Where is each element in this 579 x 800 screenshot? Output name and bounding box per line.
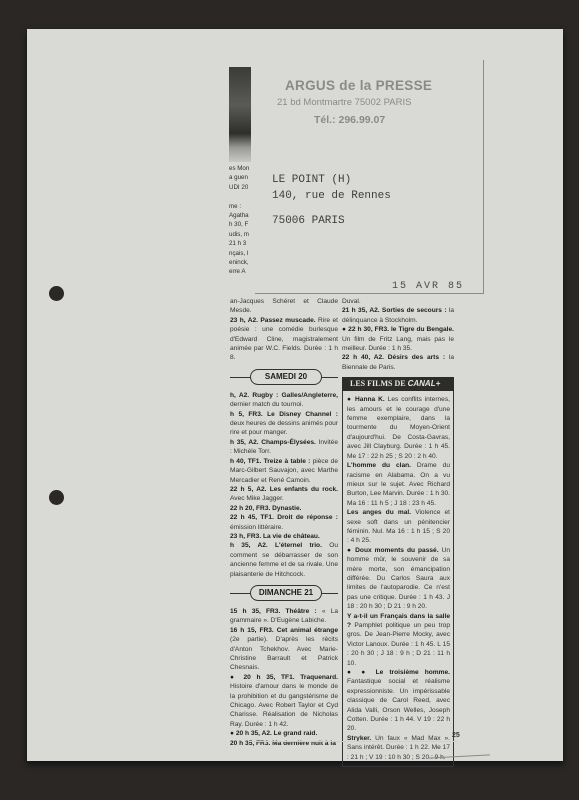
listing-entry-body: Un film de Fritz Lang, mais pas le meill… xyxy=(342,336,454,352)
listing-entry: h 35, A2. Champs-Élysées. Invitée : Mich… xyxy=(230,438,338,457)
listing-entry: 22 h 45, TF1. Droit de réponse : émissio… xyxy=(230,513,338,532)
listing-entry-body: Avec Mike Jagger. xyxy=(230,495,284,502)
listing-entry-body: émission littéraire. xyxy=(230,524,283,531)
listing-entry: 22 h 40, A2. Désirs des arts : la Bienna… xyxy=(342,353,454,372)
listing-entry: ● 20 h 35, A2. Le grand raid. xyxy=(230,729,338,738)
listing-entry: 23 h, A2. Passez muscade. Rire et poésie… xyxy=(230,316,338,363)
listing-entry-title: Les anges du mal. xyxy=(347,509,411,516)
listing-entry: h 5, FR3. Le Disney Channel : deux heure… xyxy=(230,410,338,438)
divider xyxy=(248,741,458,742)
listing-entry-body: Fantastique social et réalisme expressio… xyxy=(347,678,450,732)
stamp-date: 15 AVR 85 xyxy=(392,281,464,292)
recipient-city: 75006 PARIS xyxy=(272,215,345,227)
listing-entry-title: ● ● Le troisième homme. xyxy=(347,669,450,676)
listing-entry-title: 22 h 40, A2. Désirs des arts : xyxy=(342,354,445,361)
listing-entry-title: h 5, FR3. Le Disney Channel : xyxy=(230,411,338,418)
stamp-address: 21 bd Montmartre 75002 PARIS xyxy=(277,97,411,108)
listing-entry-title: ● Doux moments du passé. xyxy=(347,547,439,554)
tv-listing-right-column: Duval. 21 h 35, A2. Sorties de secours :… xyxy=(342,297,454,767)
punch-hole xyxy=(49,286,64,301)
listing-entry-title: ● 20 h 35, TF1. Traquenard. xyxy=(230,674,338,681)
listing-entry-title: 16 h 15, FR3. Cet animal étrange xyxy=(230,627,338,634)
listing-entry-title: L'homme du clan. xyxy=(347,462,411,469)
clipping-photo xyxy=(229,67,251,162)
day-heading-sunday: DIMANCHE 21 xyxy=(230,585,338,601)
listing-entry-body: (2e partie). D'après les récits d'Anton … xyxy=(230,636,338,671)
canal-plus-films-box: ● Hanna K. Les conflits internes, les am… xyxy=(342,391,454,767)
listing-entry-title: h 35, A2. L'éternel trio. xyxy=(230,542,322,549)
listing-entry-body: Histoire d'amour dans le monde de la pro… xyxy=(230,683,338,728)
fragment-line: h 30, F xyxy=(229,220,255,229)
listing-entry-title: 22 h 45, TF1. Droit de réponse : xyxy=(230,514,338,521)
listing-entry: h, A2. Rugby : Galles/Angleterre, dernie… xyxy=(230,391,338,410)
listing-entry-body: Pamphlet politique un peu trop gros. De … xyxy=(347,622,450,667)
listing-entry: h 40, TF1. Treize à table : pièce de Mar… xyxy=(230,457,338,485)
punch-hole xyxy=(49,490,64,505)
listing-entry-title: 22 h 5, A2. Les enfants du rock. xyxy=(230,486,338,493)
recipient-name: LE POINT (H) xyxy=(272,174,351,186)
listing-entry: 22 h 5, A2. Les enfants du rock. Avec Mi… xyxy=(230,485,338,504)
listing-entry-title: h, A2. Rugby : Galles/Angleterre, xyxy=(230,392,338,399)
stamp-tel: Tél.: 296.99.07 xyxy=(314,114,385,126)
page-number: 25 xyxy=(452,732,460,739)
fragment-line: nçais, l xyxy=(229,249,255,258)
listing-entry-body: Un homme mûr, le souvenir de sa mère mor… xyxy=(347,547,450,610)
listing-entry: ● 20 h 35, TF1. Traquenard. Histoire d'a… xyxy=(230,673,338,729)
canal-plus-header: LES FILMS DE CANAL+ xyxy=(342,377,454,391)
fragment-line: udis, m xyxy=(229,230,255,239)
stamp-agency: ARGUS de la PRESSE xyxy=(285,78,432,93)
recipient-street: 140, rue de Rennes xyxy=(272,190,391,202)
intro-text: an-Jacques Schéret et Claude Mesde. xyxy=(230,297,338,316)
listing-entry-title: h 40, TF1. Treize à table : xyxy=(230,458,310,465)
fragment-line: a guen xyxy=(229,173,255,182)
listing-entry-title: h 35, A2. Champs-Élysées. xyxy=(230,439,316,446)
intro-text: Duval. xyxy=(342,297,454,306)
fragment-line xyxy=(229,192,255,201)
listing-entry: 22 h 20, FR3. Dynastie. xyxy=(230,504,338,513)
listing-entry: 16 h 15, FR3. Cet animal étrange (2e par… xyxy=(230,626,338,673)
listing-entry: Y a-t-il un Français dans la salle ? Pam… xyxy=(347,612,450,668)
listing-entry: Les anges du mal. Violence et sexe soft … xyxy=(347,508,450,546)
tv-listing-left-column: an-Jacques Schéret et Claude Mesde. 23 h… xyxy=(230,297,338,748)
listing-entry: 23 h, FR3. La vie de château. xyxy=(230,532,338,541)
listing-entry-body: deux heures de dessins animés pour rire … xyxy=(230,420,338,436)
listing-entry-title: 15 h 35, FR3. Théâtre : xyxy=(230,608,317,615)
clipping-left-fragment: es Mona guenUDI 20me :Agathah 30, Fudis,… xyxy=(229,164,255,304)
fragment-line: me : xyxy=(229,202,255,211)
fragment-line: erre A xyxy=(229,267,255,276)
fragment-line: 21 h 3 xyxy=(229,239,255,248)
listing-entry-title: 23 h, A2. Passez muscade. xyxy=(230,317,316,324)
listing-entry-body: Les conflits internes, les amours et le … xyxy=(347,396,450,459)
day-heading-saturday: SAMEDI 20 xyxy=(230,369,338,385)
listing-entry: ● Hanna K. Les conflits internes, les am… xyxy=(347,395,450,461)
listing-entry-title: 21 h 35, A2. Sorties de secours : xyxy=(342,307,447,314)
listing-entry-body: dernier match du tournoi. xyxy=(230,401,303,408)
fragment-line: UDI 20 xyxy=(229,183,255,192)
listing-entry-title: 23 h, FR3. La vie de château. xyxy=(230,533,320,540)
listing-entry: ● 22 h 30, FR3. le Tigre du Bengale. Un … xyxy=(342,325,454,353)
listing-entry-title: ● Hanna K. xyxy=(347,396,385,403)
listing-entry: ● ● Le troisième homme. Fantastique soci… xyxy=(347,668,450,734)
listing-entry: 21 h 35, A2. Sorties de secours : la dél… xyxy=(342,306,454,325)
listing-entry-title: 22 h 20, FR3. Dynastie. xyxy=(230,505,301,512)
listing-entry-title: ● 20 h 35, A2. Le grand raid. xyxy=(230,730,317,737)
fragment-line: Agatha xyxy=(229,211,255,220)
listing-entry: h 35, A2. L'éternel trio. Ou comment se … xyxy=(230,541,338,579)
listing-entry: L'homme du clan. Drame du racisme en Ala… xyxy=(347,461,450,508)
listing-entry: ● Doux moments du passé. Un homme mûr, l… xyxy=(347,546,450,612)
listing-entry: 15 h 35, FR3. Théâtre : « La grammaire »… xyxy=(230,607,338,626)
listing-entry-title: ● 22 h 30, FR3. le Tigre du Bengale. xyxy=(342,326,454,333)
fragment-line: eninck, xyxy=(229,258,255,267)
fragment-line: es Mon xyxy=(229,164,255,173)
